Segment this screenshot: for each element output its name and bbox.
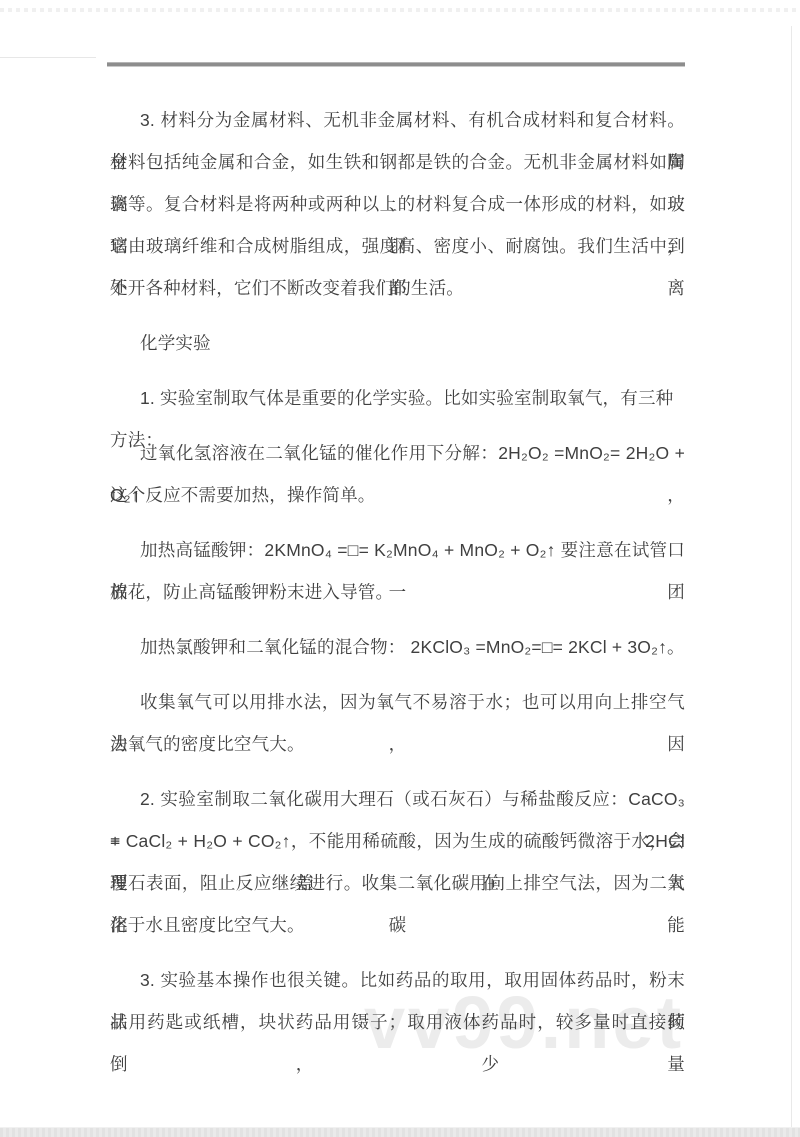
horizontal-rule: [107, 62, 685, 67]
text-line: 3. 材料分为金属材料、无机非金属材料、有机合成材料和复合材料。金属: [110, 99, 685, 141]
text-line: = CaCl₂ + H₂O + CO₂↑，不能用稀硫酸，因为生成的硫酸钙微溶于水…: [110, 820, 685, 862]
text-line: 2. 实验室制取二氧化碳用大理石（或石灰石）与稀盐酸反应：CaCO₃ + 2HC…: [110, 778, 685, 820]
text-line: 1. 实验室制取气体是重要的化学实验。比如实验室制取氧气，有三种方法：: [110, 377, 685, 419]
text-line: 材料包括纯金属和合金，如生铁和钢都是铁的合金。无机非金属材料如陶瓷、玻: [110, 141, 685, 183]
text-line: 3. 实验基本操作也很关键。比如药品的取用，取用固体药品时，粉末状药: [110, 959, 685, 1001]
faint-header-line: [0, 57, 96, 58]
text-line: 加热高锰酸钾：2KMnO₄ =□= K₂MnO₄ + MnO₂ + O₂↑ 要注…: [110, 529, 685, 571]
text-line: 化学实验: [110, 322, 685, 364]
text-line: 加热氯酸钾和二氧化锰的混合物： 2KClO₃ =MnO₂=□= 2KCl + 3…: [110, 626, 685, 668]
text-line: 璃等。复合材料是将两种或两种以上的材料复合成一体形成的材料，如玻璃钢，: [110, 183, 685, 225]
scan-artifact-dashes: [0, 8, 800, 12]
text-line: 品用药匙或纸槽，块状药品用镊子；取用液体药品时，较多量时直接倾倒，少量: [110, 1001, 685, 1043]
text-line: 过氧化氢溶液在二氧化锰的催化作用下分解：2H₂O₂ =MnO₂= 2H₂O + …: [110, 432, 685, 474]
document-page: vv99.net 3. 材料分为金属材料、无机非金属材料、有机合成材料和复合材料…: [0, 0, 800, 1137]
text-line: 它由玻璃纤维和合成树脂组成，强度高、密度小、耐腐蚀。我们生活中到处都离: [110, 225, 685, 267]
document-text: 3. 材料分为金属材料、无机非金属材料、有机合成材料和复合材料。金属材料包括纯金…: [110, 86, 685, 1043]
page-edge-line: [791, 26, 792, 1127]
bottom-scan-band: [0, 1127, 800, 1137]
text-line: 理石表面，阻止反应继续进行。收集二氧化碳用向上排空气法，因为二氧化碳能: [110, 862, 685, 904]
text-line: 收集氧气可以用排水法，因为氧气不易溶于水；也可以用向上排空气法，因: [110, 681, 685, 723]
